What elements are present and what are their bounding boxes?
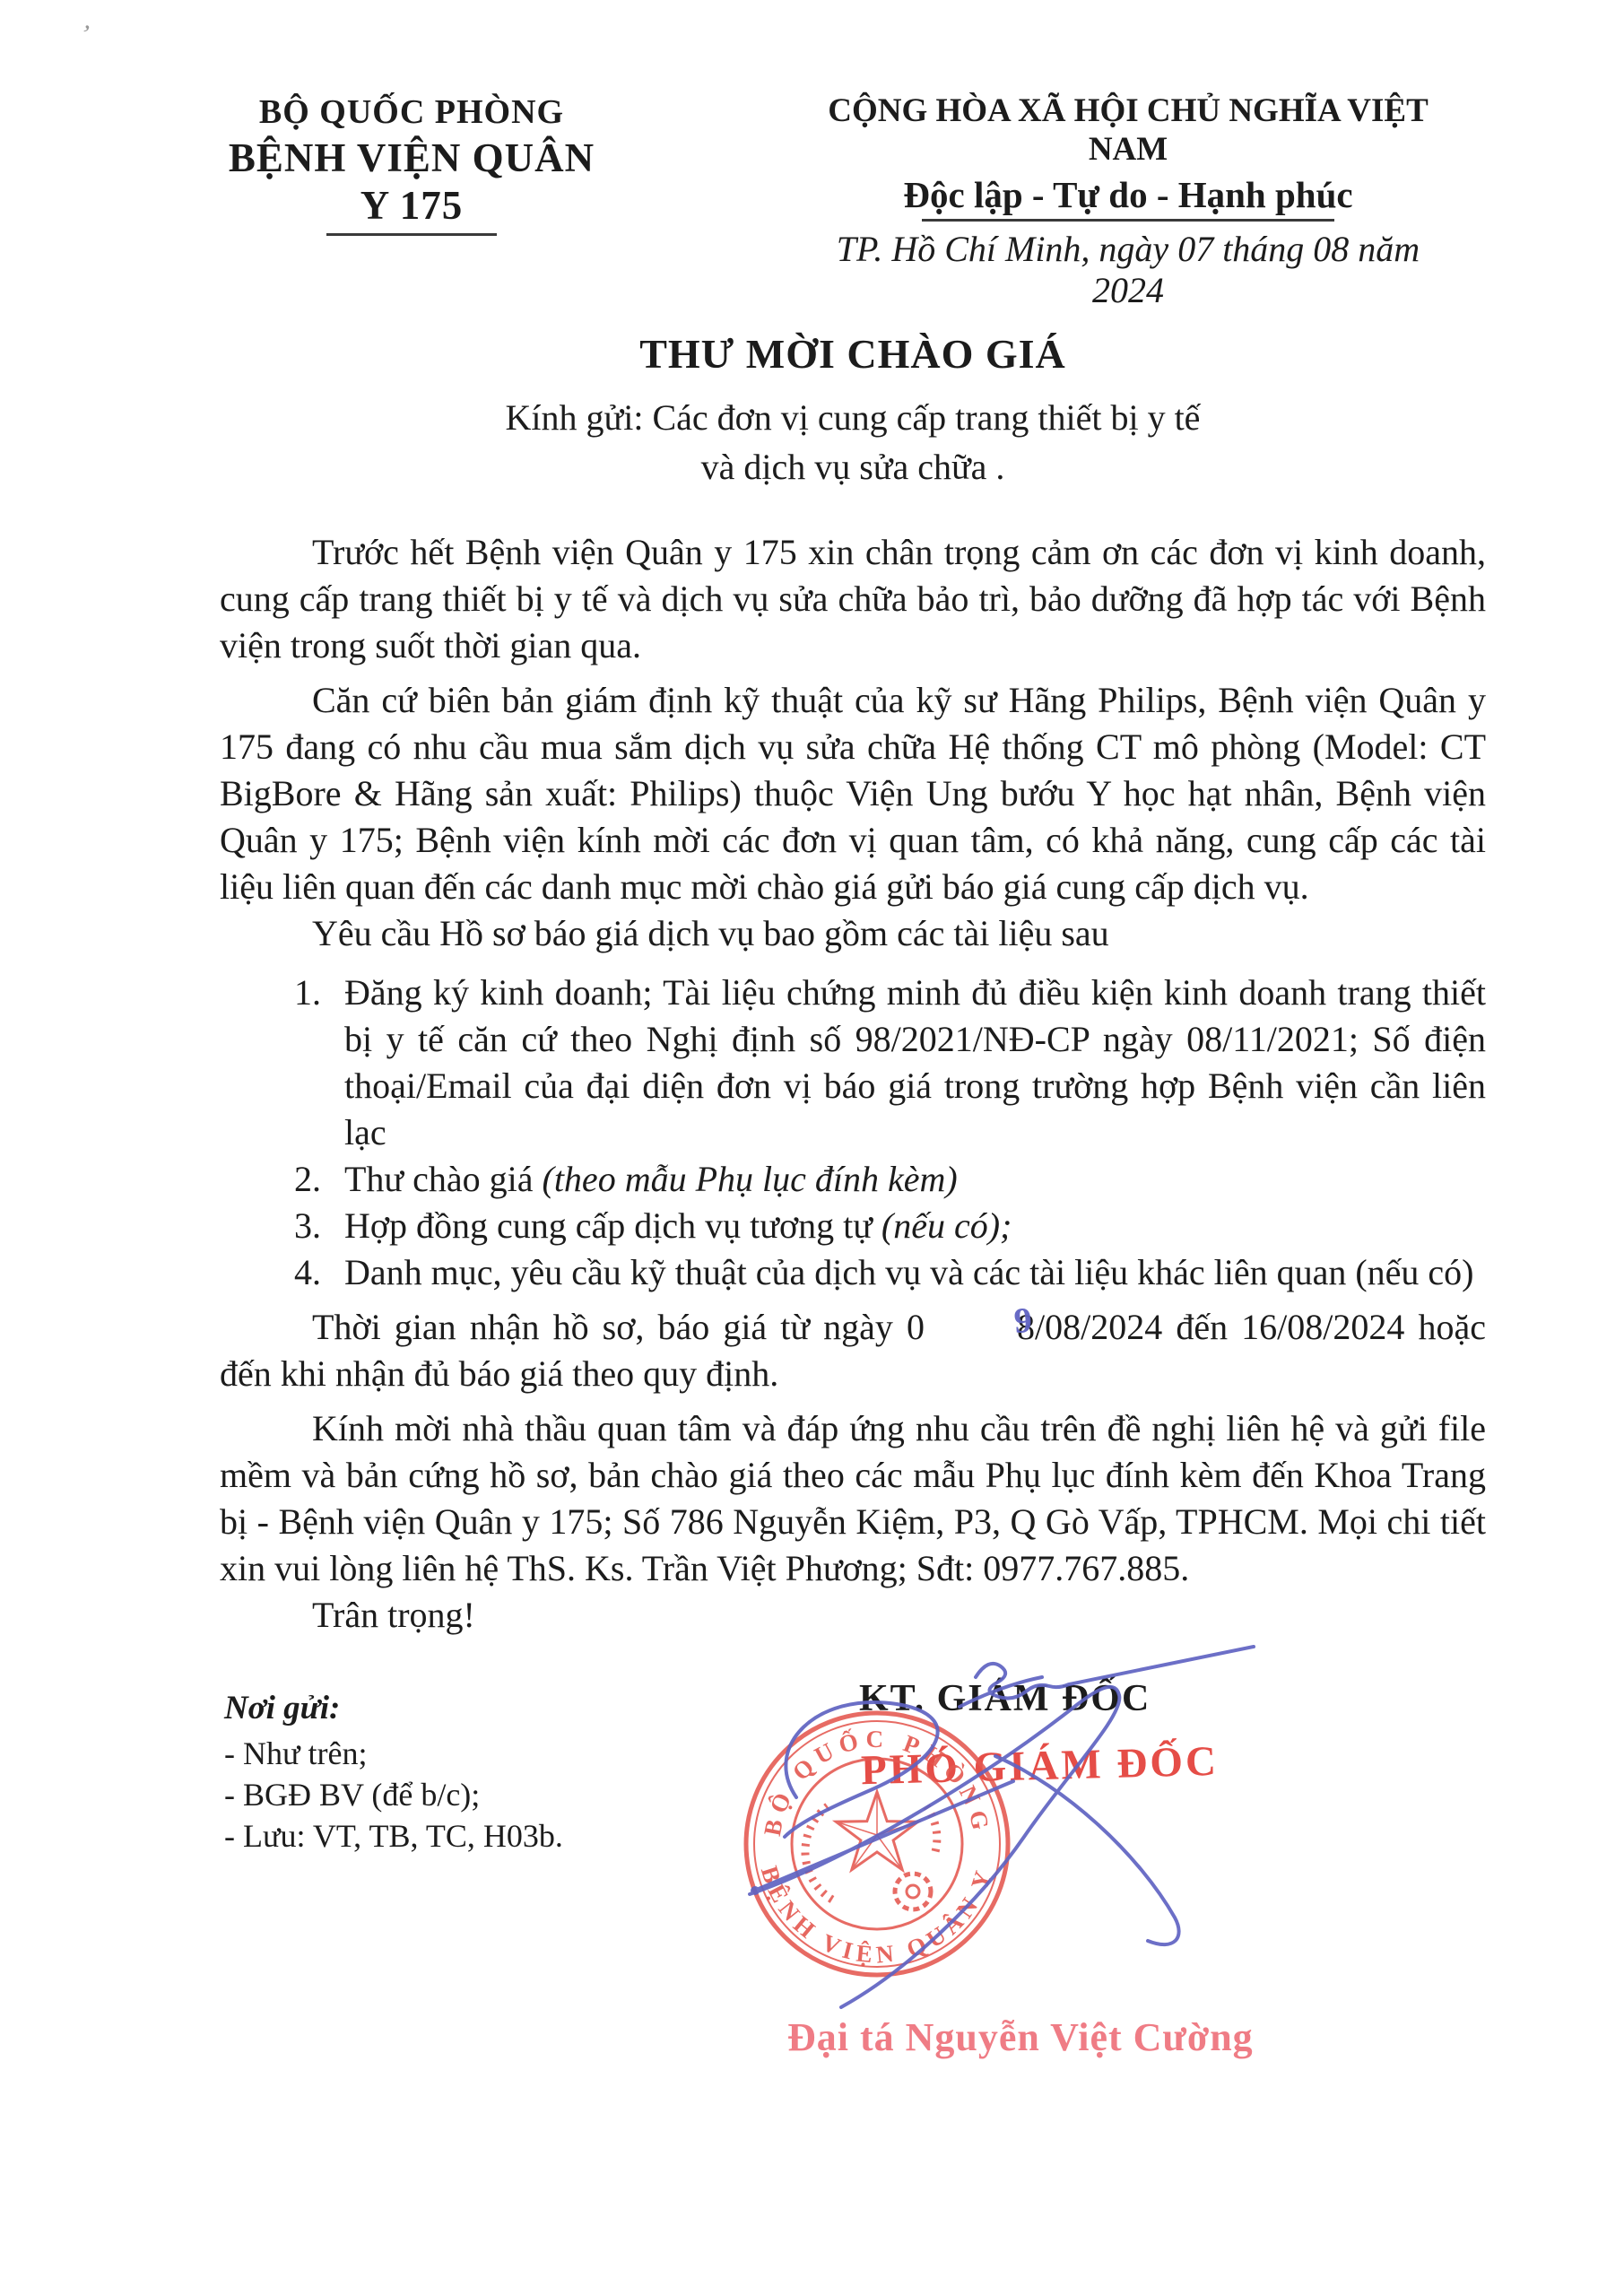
salutation-line-1: Kính gửi: Các đơn vị cung cấp trang thiế… xyxy=(220,393,1486,442)
list-item-text: Hợp đồng cung cấp dịch vụ tương tự xyxy=(344,1205,881,1246)
recipient-line: - Như trên; xyxy=(224,1733,690,1774)
recipients-title: Nơi gửi: xyxy=(224,1688,690,1729)
header-issuing-org: BỘ QUỐC PHÒNG BỆNH VIỆN QUÂN Y 175 xyxy=(218,92,605,236)
list-item: 3.Hợp đồng cung cấp dịch vụ tương tự (nế… xyxy=(220,1203,1486,1249)
list-item-text: Thư chào giá xyxy=(344,1159,543,1199)
handwritten-signature xyxy=(690,1622,1309,2034)
list-item: 1.Đăng ký kinh doanh; Tài liệu chứng min… xyxy=(220,970,1486,1156)
scanned-letter-page: ʼ BỘ QUỐC PHÒNG BỆNH VIỆN QUÂN Y 175 CỘN… xyxy=(0,0,1624,2296)
motto-line: Độc lập - Tự do - Hạnh phúc xyxy=(807,174,1449,216)
country-name: CỘNG HÒA XÃ HỘI CHỦ NGHĨA VIỆT NAM xyxy=(807,92,1449,169)
ministry-name: BỘ QUỐC PHÒNG xyxy=(218,92,605,133)
list-item-italic: (theo mẫu Phụ lục đính kèm) xyxy=(543,1159,958,1199)
paragraph-thanks: Trước hết Bệnh viện Quân y 175 xin chân … xyxy=(220,529,1486,669)
list-marker: 1. xyxy=(294,970,321,1016)
list-item-italic: (nếu có); xyxy=(881,1205,1012,1246)
header-right-underline xyxy=(922,219,1334,222)
list-item-text: Đăng ký kinh doanh; Tài liệu chứng minh … xyxy=(344,972,1486,1152)
salutation-line-2: và dịch vụ sửa chữa . xyxy=(220,442,1486,491)
recipients-block: Nơi gửi: - Như trên; - BGĐ BV (để b/c); … xyxy=(224,1688,690,1857)
paragraph-contact: Kính mời nhà thầu quan tâm và đáp ứng nh… xyxy=(220,1405,1486,1592)
requirements-list: 1.Đăng ký kinh doanh; Tài liệu chứng min… xyxy=(220,970,1486,1296)
list-item-text: Danh mục, yêu cầu kỹ thuật của dịch vụ v… xyxy=(344,1252,1474,1292)
hospital-name: BỆNH VIỆN QUÂN Y 175 xyxy=(218,135,605,230)
pen-mark: ʼ xyxy=(77,19,93,50)
paragraph-requirements-intro: Yêu cầu Hồ sơ báo giá dịch vụ bao gồm cá… xyxy=(220,910,1486,957)
list-item: 2.Thư chào giá (theo mẫu Phụ lục đính kè… xyxy=(220,1156,1486,1203)
deadline-text-before: Thời gian nhận hồ sơ, báo giá từ ngày 0 xyxy=(312,1307,925,1347)
signer-name-stamp-text: Đại tá Nguyễn Việt Cường xyxy=(787,2014,1254,2060)
recipient-line: - Lưu: VT, TB, TC, H03b. xyxy=(224,1815,690,1857)
paragraph-deadline: Thời gian nhận hồ sơ, báo giá từ ngày 08… xyxy=(220,1304,1486,1397)
list-item: 4.Danh mục, yêu cầu kỹ thuật của dịch vụ… xyxy=(220,1249,1486,1296)
place-date-line: TP. Hồ Chí Minh, ngày 07 tháng 08 năm 20… xyxy=(807,229,1449,311)
list-marker: 3. xyxy=(294,1203,321,1249)
document-title: THƯ MỜI CHÀO GIÁ xyxy=(220,330,1486,378)
corrected-digit: 89 xyxy=(925,1304,1035,1351)
salutation: Kính gửi: Các đơn vị cung cấp trang thiế… xyxy=(220,393,1486,491)
list-marker: 2. xyxy=(294,1156,321,1203)
handwritten-digit: 9 xyxy=(920,1297,1033,1351)
paragraph-basis: Căn cứ biên bản giám định kỹ thuật của k… xyxy=(220,677,1486,910)
recipient-line: - BGĐ BV (để b/c); xyxy=(224,1774,690,1815)
letter-body: Trước hết Bệnh viện Quân y 175 xin chân … xyxy=(220,529,1486,1639)
list-marker: 4. xyxy=(294,1249,321,1296)
header-national-motto: CỘNG HÒA XÃ HỘI CHỦ NGHĨA VIỆT NAM Độc l… xyxy=(807,92,1449,311)
header-left-underline xyxy=(326,233,497,236)
